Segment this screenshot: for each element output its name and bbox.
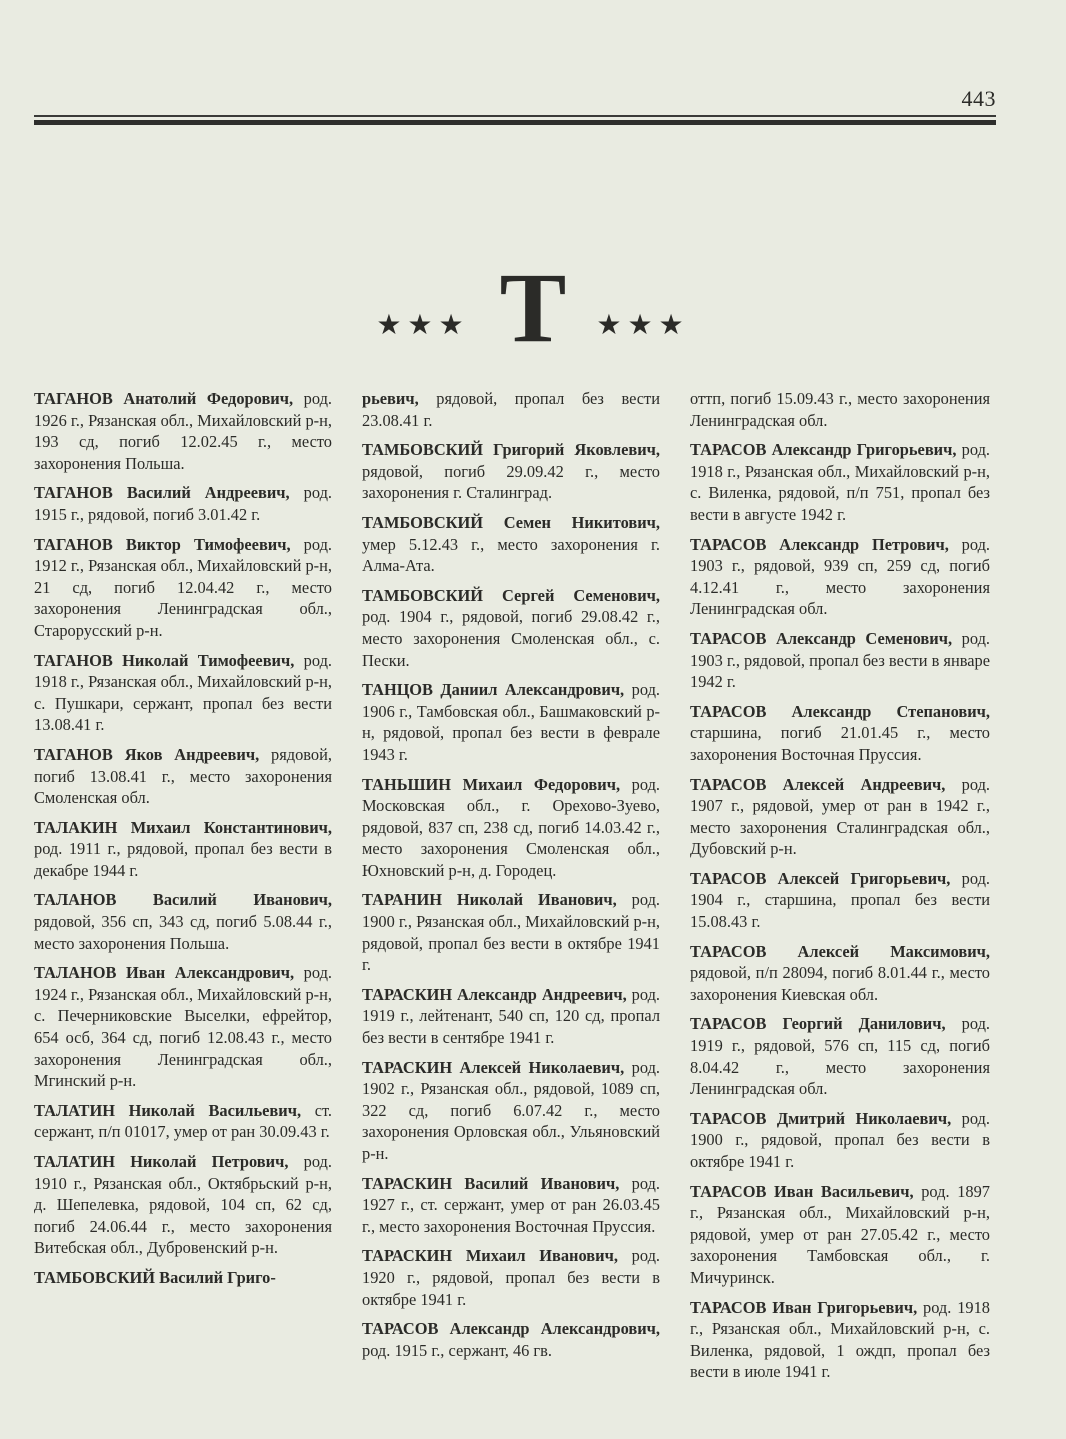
entry-name: ТАЛАТИН Николай Васильевич, [34,1101,301,1120]
entry-details: рядовой, погиб 29.09.42 г., место захоро… [362,462,660,503]
list-item: ТАРАСОВ Александр Александрович, род. 19… [362,1318,660,1361]
entry-name: ТАЛАКИН Михаил Константинович, [34,818,332,837]
entry-name: ТАРАСОВ Александр Александрович, [362,1319,660,1338]
entry-name: ТАНЬШИН Михаил Федорович, [362,775,620,794]
stars-left-icon: ★★★ [376,312,469,348]
list-item: ТАМБОВСКИЙ Семен Никитович, умер 5.12.43… [362,512,660,577]
entry-name: ТАРАСКИН Александр Андреевич, [362,985,627,1004]
list-item: ТАЛАТИН Николай Петрович, род. 1910 г., … [34,1151,332,1259]
entry-name: ТАРАСОВ Алексей Андреевич, [690,775,945,794]
list-item: ТАЛАНОВ Василий Иванович, рядовой, 356 с… [34,889,332,954]
entry-name: ТАГАНОВ Анатолий Федорович, [34,389,293,408]
entry-name: ТАРАСОВ Алексей Григорьевич, [690,869,950,888]
entry-name: ТАРАСОВ Георгий Данилович, [690,1014,946,1033]
list-item: ТАРАСОВ Александр Григорьевич, род. 1918… [690,439,990,525]
entry-name: ТАЛАТИН Николай Петрович, [34,1152,288,1171]
list-item: ТАМБОВСКИЙ Василий Григо- [34,1267,332,1289]
column-3: оттп, погиб 15.09.43 г., место захоронен… [690,388,990,1391]
list-item: ТАРАСКИН Михаил Иванович, род. 1920 г., … [362,1245,660,1310]
list-item: ТАРАСОВ Александр Степанович, старшина, … [690,701,990,766]
entry-name: ТАГАНОВ Виктор Тимофеевич, [34,535,291,554]
list-item: ТАРАСОВ Иван Григорьевич, род. 1918 г., … [690,1297,990,1383]
header-rule-thick [34,120,996,125]
entry-details: род. 1911 г., рядовой, пропал без вести … [34,839,332,880]
list-item: ТАЛАТИН Николай Васильевич, ст. сержант,… [34,1100,332,1143]
entry-name: ТАНЦОВ Даниил Александрович, [362,680,624,699]
entry-name: ТАРАСОВ Иван Григорьевич, [690,1298,917,1317]
entry-name: ТАРАСКИН Алексей Николаевич, [362,1058,624,1077]
list-item: ТАРАСОВ Алексей Григорьевич, род. 1904 г… [690,868,990,933]
list-item: ТАМБОВСКИЙ Сергей Семенович, род. 1904 г… [362,585,660,671]
list-item: ТАГАНОВ Анатолий Федорович, род. 1926 г.… [34,388,332,474]
entry-name: ТАГАНОВ Яков Андреевич, [34,745,259,764]
entry-name: ТАРАСОВ Дмитрий Николаевич, [690,1109,951,1128]
list-item: ТАРАСОВ Александр Семенович, род. 1903 г… [690,628,990,693]
entry-name: ТАМБОВСКИЙ Сергей Семенович, [362,586,660,605]
entry-name: ТАМБОВСКИЙ Василий Григо- [34,1268,276,1287]
page-number: 443 [962,86,997,112]
list-item: ТАРАСОВ Иван Васильевич, род. 1897 г., Р… [690,1181,990,1289]
list-item: ТАРАСОВ Александр Петрович, род. 1903 г.… [690,534,990,620]
entry-details: умер 5.12.43 г., место захоронения г. Ал… [362,535,660,576]
section-heading: ★★★ Т ★★★ [0,268,1066,348]
list-item: ТАРАСОВ Алексей Максимович, рядовой, п/п… [690,941,990,1006]
entry-name: ТАРАНИН Николай Иванович, [362,890,617,909]
column-2: рьевич, рядовой, пропал без вести 23.08.… [362,388,660,1391]
list-item: ТАРАНИН Николай Иванович, род. 1900 г., … [362,889,660,975]
section-letter: Т [500,268,567,348]
list-item: ТАЛАКИН Михаил Константинович, род. 1911… [34,817,332,882]
column-1: ТАГАНОВ Анатолий Федорович, род. 1926 г.… [34,388,332,1391]
entry-details: рядовой, п/п 28094, погиб 8.01.44 г., ме… [690,963,990,1004]
entry-name: ТАРАСОВ Алексей Максимович, [690,942,990,961]
list-item: ТАРАСОВ Алексей Андреевич, род. 1907 г.,… [690,774,990,860]
entry-name: ТАРАСОВ Александр Семенович, [690,629,952,648]
stars-right-icon: ★★★ [596,312,689,348]
list-item: ТАМБОВСКИЙ Григорий Яковлевич, рядовой, … [362,439,660,504]
entry-details: род. 1924 г., Рязанская обл., Михайловск… [34,963,332,1090]
entry-name: ТАГАНОВ Николай Тимофеевич, [34,651,294,670]
entry-details: род. 1904 г., рядовой, погиб 29.08.42 г.… [362,607,660,669]
list-item: ТАНЦОВ Даниил Александрович, род. 1906 г… [362,679,660,765]
list-item: ТАРАСОВ Георгий Данилович, род. 1919 г.,… [690,1013,990,1099]
entry-name: ТАРАСОВ Александр Петрович, [690,535,949,554]
entry-name: ТАГАНОВ Василий Андреевич, [34,483,290,502]
entry-details: рядовой, 356 сп, 343 сд, погиб 5.08.44 г… [34,912,332,953]
entry-name: ТАРАСОВ Александр Григорьевич, [690,440,956,459]
entry-name: ТАРАСОВ Иван Васильевич, [690,1182,914,1201]
entry-name: ТАРАСКИН Василий Иванович, [362,1174,619,1193]
entry-details: род. 1915 г., сержант, 46 гв. [362,1341,552,1360]
list-item: ТАРАСКИН Алексей Николаевич, род. 1902 г… [362,1057,660,1165]
entry-name: ТАРАСКИН Михаил Иванович, [362,1246,618,1265]
list-item: ТАГАНОВ Николай Тимофеевич, род. 1918 г.… [34,650,332,736]
list-item: ТАГАНОВ Василий Андреевич, род. 1915 г.,… [34,482,332,525]
header-rule-thin [34,115,996,117]
text-columns: ТАГАНОВ Анатолий Федорович, род. 1926 г.… [34,388,990,1391]
list-item: рьевич, рядовой, пропал без вести 23.08.… [362,388,660,431]
list-item: ТАГАНОВ Яков Андреевич, рядовой, погиб 1… [34,744,332,809]
entry-details: оттп, погиб 15.09.43 г., место захоронен… [690,389,990,430]
list-item: ТАНЬШИН Михаил Федорович, род. Московска… [362,774,660,882]
list-item: ТАРАСКИН Василий Иванович, род. 1927 г.,… [362,1173,660,1238]
list-item: ТАГАНОВ Виктор Тимофеевич, род. 1912 г.,… [34,534,332,642]
entry-name: ТАЛАНОВ Василий Иванович, [34,890,332,909]
entry-name: рьевич, [362,389,419,408]
list-item: ТАРАСОВ Дмитрий Николаевич, род. 1900 г.… [690,1108,990,1173]
list-item: оттп, погиб 15.09.43 г., место захоронен… [690,388,990,431]
entry-name: ТАМБОВСКИЙ Григорий Яковлевич, [362,440,660,459]
entry-name: ТАЛАНОВ Иван Александрович, [34,963,294,982]
entry-name: ТАМБОВСКИЙ Семен Никитович, [362,513,660,532]
list-item: ТАЛАНОВ Иван Александрович, род. 1924 г.… [34,962,332,1092]
entry-details: старшина, погиб 21.01.45 г., место захор… [690,723,990,764]
entry-name: ТАРАСОВ Александр Степанович, [690,702,990,721]
list-item: ТАРАСКИН Александр Андреевич, род. 1919 … [362,984,660,1049]
